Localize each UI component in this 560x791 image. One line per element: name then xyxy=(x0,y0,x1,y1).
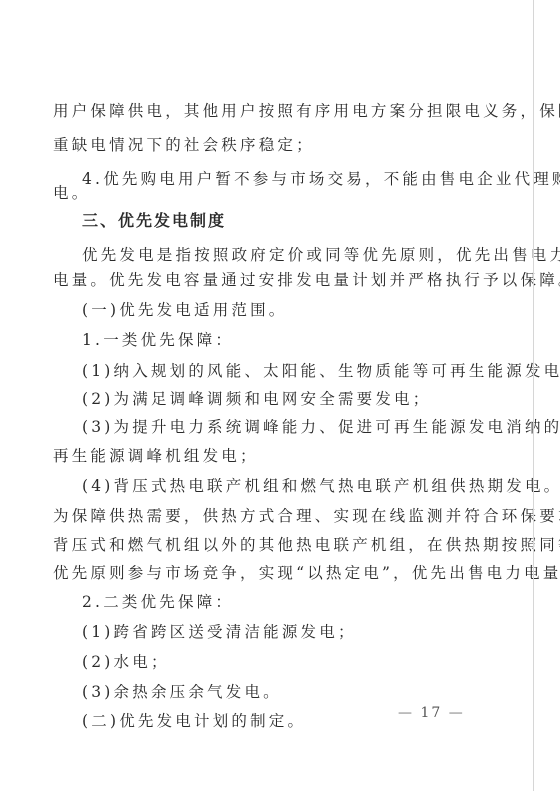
list-item: (2)为满足调峰调频和电网安全需要发电； xyxy=(82,389,431,409)
list-item: (4)背压式热电联产机组和燃气热电联产机组供热期发电。 xyxy=(82,476,560,496)
list-item: (1)纳入规划的风能、太阳能、生物质能等可再生能源发电； xyxy=(82,361,560,381)
paragraph-line: 为保障供热需要，供热方式合理、实现在线监测并符合环保要求的 xyxy=(53,506,560,526)
page-edge-divider xyxy=(533,0,534,791)
list-heading: 2.二类优先保障： xyxy=(82,592,234,612)
paragraph-line: 优先原则参与市场竞争，实现“以热定电”，优先出售电力电量。 xyxy=(53,563,560,583)
list-item-4: 4.优先购电用户暂不参与市场交易，不能由售电企业代理购 xyxy=(82,169,560,189)
page-number: — 17 — xyxy=(398,705,465,721)
paragraph-line: 重缺电情况下的社会秩序稳定； xyxy=(53,135,315,155)
paragraph-line: 电。 xyxy=(53,183,90,203)
paragraph-line: 再生能源调峰机组发电； xyxy=(53,446,259,466)
list-item: (3)余热余压余气发电。 xyxy=(82,682,282,702)
subsection-heading: (一)优先发电适用范围。 xyxy=(82,300,288,320)
section-heading: 三、优先发电制度 xyxy=(82,211,226,231)
page-number-value: 17 xyxy=(420,705,442,721)
page-number-right-dash: — xyxy=(449,705,465,721)
list-item: (3)为提升电力系统调峰能力、促进可再生能源发电消纳的可 xyxy=(82,417,560,437)
subsection-heading: (二)优先发电计划的制定。 xyxy=(82,711,306,731)
list-item: (2)水电； xyxy=(82,652,170,672)
page-number-left-dash: — xyxy=(398,705,414,721)
paragraph-line: 背压式和燃气机组以外的其他热电联产机组，在供热期按照同等 xyxy=(53,535,560,555)
paragraph-line: 优先发电是指按照政府定价或同等优先原则，优先出售电力 xyxy=(82,245,560,265)
list-item: (1)跨省跨区送受清洁能源发电； xyxy=(82,622,357,642)
list-heading: 1.一类优先保障： xyxy=(82,330,234,350)
paragraph-line: 用户保障供电，其他用户按照有序用电方案分担限电义务，保障严 xyxy=(53,101,560,121)
paragraph-line: 电量。优先发电容量通过安排发电量计划并严格执行予以保障。 xyxy=(53,270,560,290)
document-page: 用户保障供电，其他用户按照有序用电方案分担限电义务，保障严 重缺电情况下的社会秩… xyxy=(0,0,533,791)
